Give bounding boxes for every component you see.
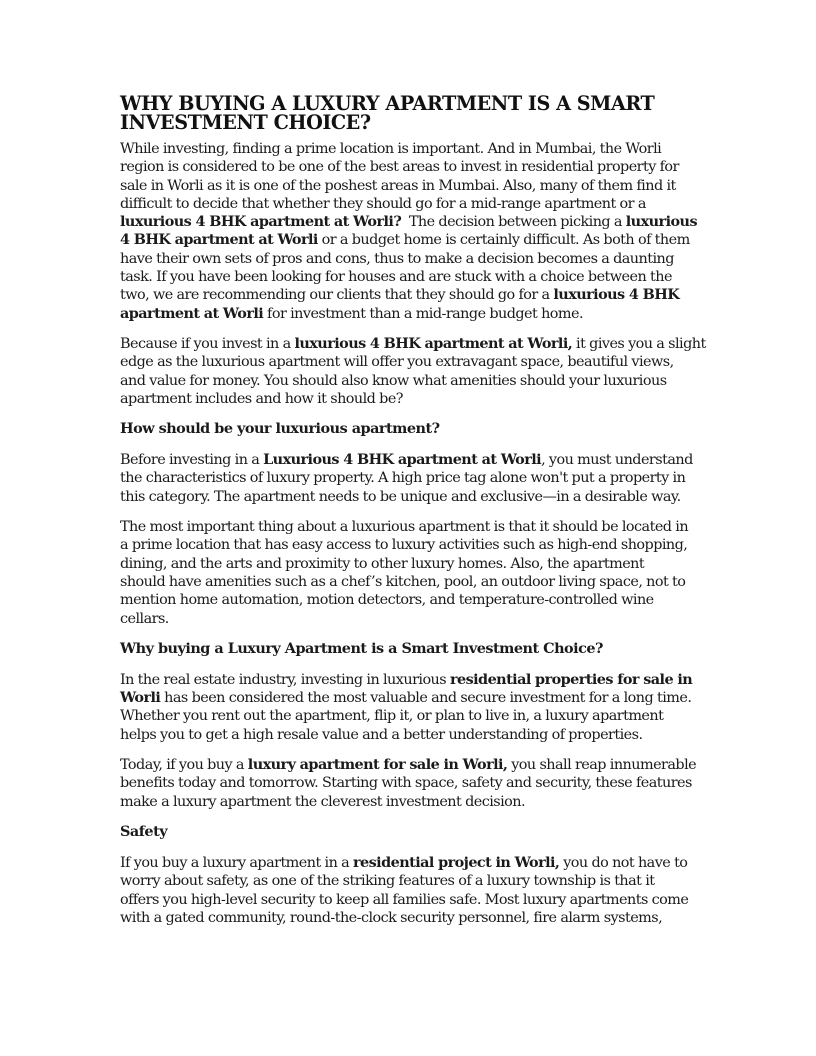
text-run: region is considered to be one of the be… xyxy=(120,159,679,175)
paragraph-line: While investing, finding a prime locatio… xyxy=(120,140,710,158)
paragraph-line: helps you to get a high resale value and… xyxy=(120,726,710,744)
body-paragraph: If you buy a luxury apartment in a resid… xyxy=(120,854,710,927)
section-subheading: Safety xyxy=(120,823,710,841)
paragraph-line: luxurious 4 BHK apartment at Worli? The … xyxy=(120,213,710,231)
body-paragraph: While investing, finding a prime locatio… xyxy=(120,140,710,323)
paragraph-line: Today, if you buy a luxury apartment for… xyxy=(120,756,710,774)
bold-keyword: luxurious 4 BHK apartment at Worli, xyxy=(294,335,572,352)
text-run: two, we are recommending our clients tha… xyxy=(120,287,553,303)
text-run: Whether you rent out the apartment, flip… xyxy=(120,708,663,724)
paragraph-line: make a luxury apartment the cleverest in… xyxy=(120,793,710,811)
text-run: Before investing in a xyxy=(120,452,263,468)
text-run: have their own sets of pros and cons, th… xyxy=(120,251,674,267)
text-run: should have amenities such as a chef’s k… xyxy=(120,574,685,590)
bold-keyword: 4 BHK apartment at Worli xyxy=(120,231,318,248)
paragraph-line: Before investing in a Luxurious 4 BHK ap… xyxy=(120,451,710,469)
text-run: you shall reap innumerable xyxy=(507,757,696,773)
text-run: In the real estate industry, investing i… xyxy=(120,672,450,688)
text-run: offers you high-level security to keep a… xyxy=(120,892,688,908)
paragraph-line: and value for money. You should also kno… xyxy=(120,372,710,390)
page-title: WHY BUYING A LUXURY APARTMENT IS A SMART… xyxy=(120,94,710,132)
text-run: difficult to decide that whether they sh… xyxy=(120,196,646,212)
paragraph-line: region is considered to be one of the be… xyxy=(120,158,710,176)
body-paragraph: In the real estate industry, investing i… xyxy=(120,671,710,744)
text-run: Today, if you buy a xyxy=(120,757,248,773)
text-run: edge as the luxurious apartment will off… xyxy=(120,354,674,370)
text-run: or a budget home is certainly difficult.… xyxy=(318,232,690,248)
bold-keyword: residential properties for sale in xyxy=(450,671,692,688)
text-run: the characteristics of luxury property. … xyxy=(120,470,685,486)
paragraph-line: 4 BHK apartment at Worli or a budget hom… xyxy=(120,231,710,249)
paragraph-line: cellars. xyxy=(120,610,710,628)
paragraph-line: edge as the luxurious apartment will off… xyxy=(120,353,710,371)
paragraph-line: with a gated community, round-the-clock … xyxy=(120,909,710,927)
text-run: you do not have to xyxy=(559,855,687,871)
paragraph-line: difficult to decide that whether they sh… xyxy=(120,195,710,213)
text-run: a prime location that has easy access to… xyxy=(120,537,687,553)
title-line: INVESTMENT CHOICE? xyxy=(120,113,710,132)
paragraph-line: task. If you have been looking for house… xyxy=(120,268,710,286)
bold-keyword: residential project in Worli, xyxy=(353,854,559,871)
text-run: with a gated community, round-the-clock … xyxy=(120,910,662,926)
text-run: , you must understand xyxy=(541,452,693,468)
text-run: The decision between picking a xyxy=(401,214,626,230)
paragraph-line: two, we are recommending our clients tha… xyxy=(120,286,710,304)
text-run: task. If you have been looking for house… xyxy=(120,269,672,285)
text-run: apartment includes and how it should be? xyxy=(120,391,403,407)
paragraph-line: offers you high-level security to keep a… xyxy=(120,891,710,909)
paragraph-line: mention home automation, motion detector… xyxy=(120,591,710,609)
paragraph-line: benefits today and tomorrow. Starting wi… xyxy=(120,774,710,792)
text-run: If you buy a luxury apartment in a xyxy=(120,855,353,871)
paragraph-line: Whether you rent out the apartment, flip… xyxy=(120,707,710,725)
bold-keyword: luxury apartment for sale in Worli, xyxy=(248,756,508,773)
text-run: The most important thing about a luxurio… xyxy=(120,519,688,535)
text-run: helps you to get a high resale value and… xyxy=(120,727,642,743)
text-run: sale in Worli as it is one of the poshes… xyxy=(120,178,676,194)
paragraph-line: the characteristics of luxury property. … xyxy=(120,469,710,487)
paragraph-line: apartment at Worli for investment than a… xyxy=(120,305,710,323)
paragraph-line: Worli has been considered the most valua… xyxy=(120,689,710,707)
paragraph-line: a prime location that has easy access to… xyxy=(120,536,710,554)
bold-keyword: luxurious 4 BHK apartment at Worli? xyxy=(120,213,401,230)
paragraph-line: sale in Worli as it is one of the poshes… xyxy=(120,177,710,195)
paragraph-line: dining, and the arts and proximity to ot… xyxy=(120,555,710,573)
body-paragraph: Today, if you buy a luxury apartment for… xyxy=(120,756,710,811)
bold-keyword: luxurious 4 BHK xyxy=(553,286,679,303)
text-run: Because if you invest in a xyxy=(120,336,294,352)
text-run: benefits today and tomorrow. Starting wi… xyxy=(120,775,692,791)
section-subheading: Why buying a Luxury Apartment is a Smart… xyxy=(120,640,710,658)
paragraph-line: worry about safety, as one of the striki… xyxy=(120,872,710,890)
section-subheading: How should be your luxurious apartment? xyxy=(120,420,710,438)
text-run: cellars. xyxy=(120,611,169,627)
body-paragraph: The most important thing about a luxurio… xyxy=(120,518,710,628)
document-page: WHY BUYING A LUXURY APARTMENT IS A SMART… xyxy=(120,94,710,939)
bold-keyword: luxurious xyxy=(626,213,697,230)
body-paragraph: Because if you invest in a luxurious 4 B… xyxy=(120,335,710,408)
text-run: While investing, finding a prime locatio… xyxy=(120,141,661,157)
document-body: While investing, finding a prime locatio… xyxy=(120,140,710,927)
paragraph-line: In the real estate industry, investing i… xyxy=(120,671,710,689)
bold-keyword: apartment at Worli xyxy=(120,305,263,322)
body-paragraph: Before investing in a Luxurious 4 BHK ap… xyxy=(120,451,710,506)
text-run: it gives you a slight xyxy=(572,336,706,352)
paragraph-line: Because if you invest in a luxurious 4 B… xyxy=(120,335,710,353)
text-run: mention home automation, motion detector… xyxy=(120,592,654,608)
paragraph-line: have their own sets of pros and cons, th… xyxy=(120,250,710,268)
text-run: and value for money. You should also kno… xyxy=(120,373,667,389)
text-run: has been considered the most valuable an… xyxy=(160,690,691,706)
paragraph-line: apartment includes and how it should be? xyxy=(120,390,710,408)
paragraph-line: If you buy a luxury apartment in a resid… xyxy=(120,854,710,872)
paragraph-line: this category. The apartment needs to be… xyxy=(120,488,710,506)
text-run: for investment than a mid-range budget h… xyxy=(263,306,583,322)
paragraph-line: should have amenities such as a chef’s k… xyxy=(120,573,710,591)
text-run: worry about safety, as one of the striki… xyxy=(120,873,655,889)
text-run: this category. The apartment needs to be… xyxy=(120,489,681,505)
text-run: dining, and the arts and proximity to ot… xyxy=(120,556,644,572)
paragraph-line: The most important thing about a luxurio… xyxy=(120,518,710,536)
bold-keyword: Luxurious 4 BHK apartment at Worli xyxy=(263,451,541,468)
bold-keyword: Worli xyxy=(120,689,160,706)
text-run: make a luxury apartment the cleverest in… xyxy=(120,794,525,810)
